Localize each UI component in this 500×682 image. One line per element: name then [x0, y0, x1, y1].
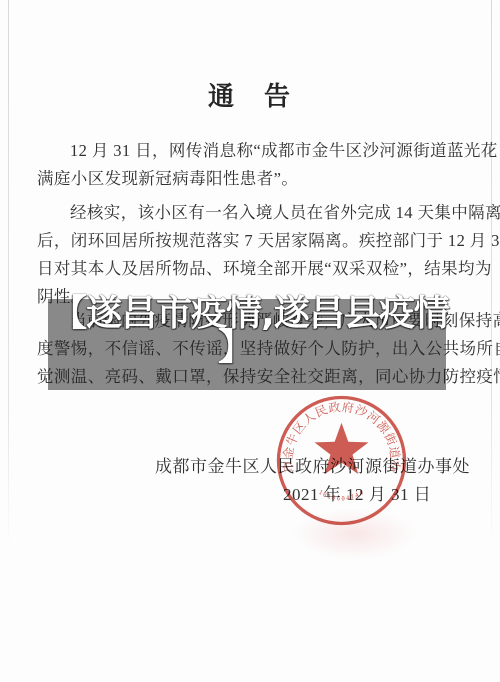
svg-text:1010604744: 1010604744 [317, 490, 366, 503]
seal-code-text: 1010604744 [317, 490, 366, 503]
body-line: 后，闭环回居所按规范落实 7 天居家隔离。疾控部门于 12 月 31 [37, 231, 468, 251]
notice-document-photo: 通 告 12 月 31 日，网传消息称“成都市金牛区沙河源街道蓝光花 满庭小区发… [0, 0, 500, 682]
notice-title: 通 告 [0, 76, 500, 113]
official-seal: 成都市金牛区人民政府沙河源街道办事处 1010604744 [268, 387, 415, 534]
caption-line2: 】 [0, 331, 500, 365]
seal-star-icon [315, 423, 369, 474]
body-line: 满庭小区发现新冠病毒阳性患者”。 [37, 169, 468, 189]
caption-banner-text: 【遂昌市疫情,遂昌县疫情 】 [0, 297, 500, 365]
body-line: 经核实，该小区有一名入境人员在省外完成 14 天集中隔离 [37, 203, 468, 223]
body-line: 12 月 31 日，网传消息称“成都市金牛区沙河源街道蓝光花 [37, 141, 468, 161]
body-line: 日对其本人及居所物品、环境全部开展“双采双检”，结果均为 [37, 259, 468, 279]
